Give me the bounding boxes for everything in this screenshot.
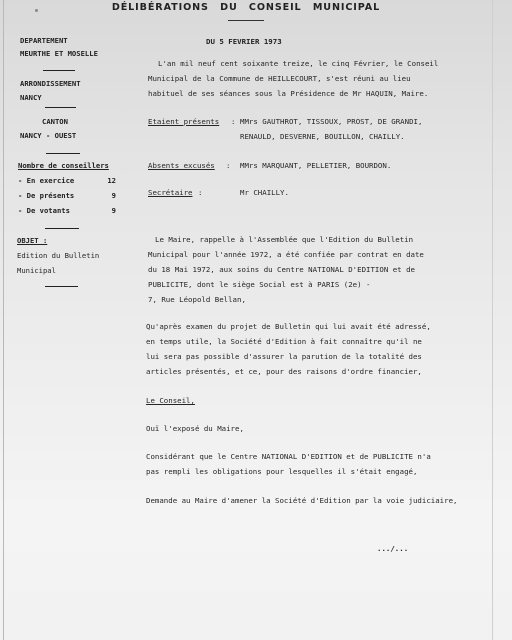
absents-label: Absents excusés <box>148 161 215 170</box>
presents-line: RENAULD, DESVERNE, BOUILLON, CHAILLY. <box>240 132 405 141</box>
conseillers-label: - En exercice <box>18 176 74 185</box>
divider <box>45 228 79 229</box>
page-edge-left <box>3 0 4 640</box>
conseillers-heading: Nombre de conseillers <box>18 161 109 170</box>
canton-label: CANTON <box>42 117 68 126</box>
presents-line: MMrs GAUTHROT, TISSOUX, PROST, DE GRANDI… <box>240 117 422 126</box>
page-title: DÉLIBÉRATIONS DU CONSEIL MUNICIPAL <box>0 2 492 13</box>
departement-label: DEPARTEMENT <box>20 36 68 45</box>
secretaire-sep: : <box>198 188 202 197</box>
divider <box>46 153 80 154</box>
conseillers-label: - De présents <box>18 191 74 200</box>
preamble-line: L'an mil neuf cent soixante treize, le c… <box>158 59 438 68</box>
paragraph1-line: du 18 Mai 1972, aux soins du Centre NATI… <box>148 265 415 274</box>
divider <box>43 70 75 71</box>
page-edge-right <box>492 0 493 640</box>
divider <box>45 107 76 108</box>
oui-line: Ouï l'exposé du Maire, <box>146 424 244 433</box>
paragraph1-line: PUBLICITE, dont le siège Social est à PA… <box>148 280 370 289</box>
secretaire-value: Mr CHAILLY. <box>240 188 289 197</box>
preamble-line: habituel de ses séances sous la Présiden… <box>148 89 428 98</box>
presents-sep: : <box>231 117 235 126</box>
considerant-line: pas rempli les obligations pour lesquell… <box>146 467 417 476</box>
objet-line: Edition du Bulletin <box>17 251 99 260</box>
paragraph1-line: 7, Rue Léopold Bellan, <box>148 295 246 304</box>
arrondissement-value: NANCY <box>20 93 42 102</box>
demande-line: Demande au Maire d'amener la Société d'E… <box>146 496 457 505</box>
presents-label: Etaient présents <box>148 117 219 126</box>
conseillers-label: - De votants <box>18 206 70 215</box>
absents-value: MMrs MARQUANT, PELLETIER, BOURDON. <box>240 161 391 170</box>
arrondissement-label: ARRONDISSEMENT <box>20 79 81 88</box>
preamble-line: Municipal de la Commune de HEILLECOURT, … <box>148 74 411 83</box>
departement-value: MEURTHE ET MOSELLE <box>20 49 98 58</box>
paragraph1-line: Municipal pour l'année 1972, a été confi… <box>148 250 424 259</box>
secretaire-label: Secrétaire <box>148 188 193 197</box>
conseillers-value: 9 <box>102 191 116 200</box>
paragraph2-line: en temps utile, la Société d'Edition à f… <box>146 337 422 346</box>
continuation-mark: .../... <box>377 544 408 553</box>
objet-label: OBJET : <box>17 236 47 245</box>
title-underline <box>228 20 264 21</box>
conseillers-value: 12 <box>102 176 116 185</box>
document-page: DÉLIBÉRATIONS DU CONSEIL MUNICIPAL DEPAR… <box>0 0 512 640</box>
conseil-heading: Le Conseil, <box>146 396 195 405</box>
absents-sep: : <box>226 161 230 170</box>
canton-value: NANCY - OUEST <box>20 131 76 140</box>
paragraph2-line: Qu'après examen du projet de Bulletin qu… <box>146 322 431 331</box>
considerant-line: Considérant que le Centre NATIONAL D'EDI… <box>146 452 431 461</box>
paragraph2-line: articles présentés, et ce, pour des rais… <box>146 367 422 376</box>
date-line: DU 5 FEVRIER 1973 <box>206 37 282 46</box>
objet-line: Municipal <box>17 266 56 275</box>
paragraph1-line: Le Maire, rappelle à l'Assemblée que l'E… <box>155 235 413 244</box>
divider <box>45 286 78 287</box>
conseillers-value: 9 <box>102 206 116 215</box>
paragraph2-line: lui sera pas possible d'assurer la parut… <box>146 352 422 361</box>
